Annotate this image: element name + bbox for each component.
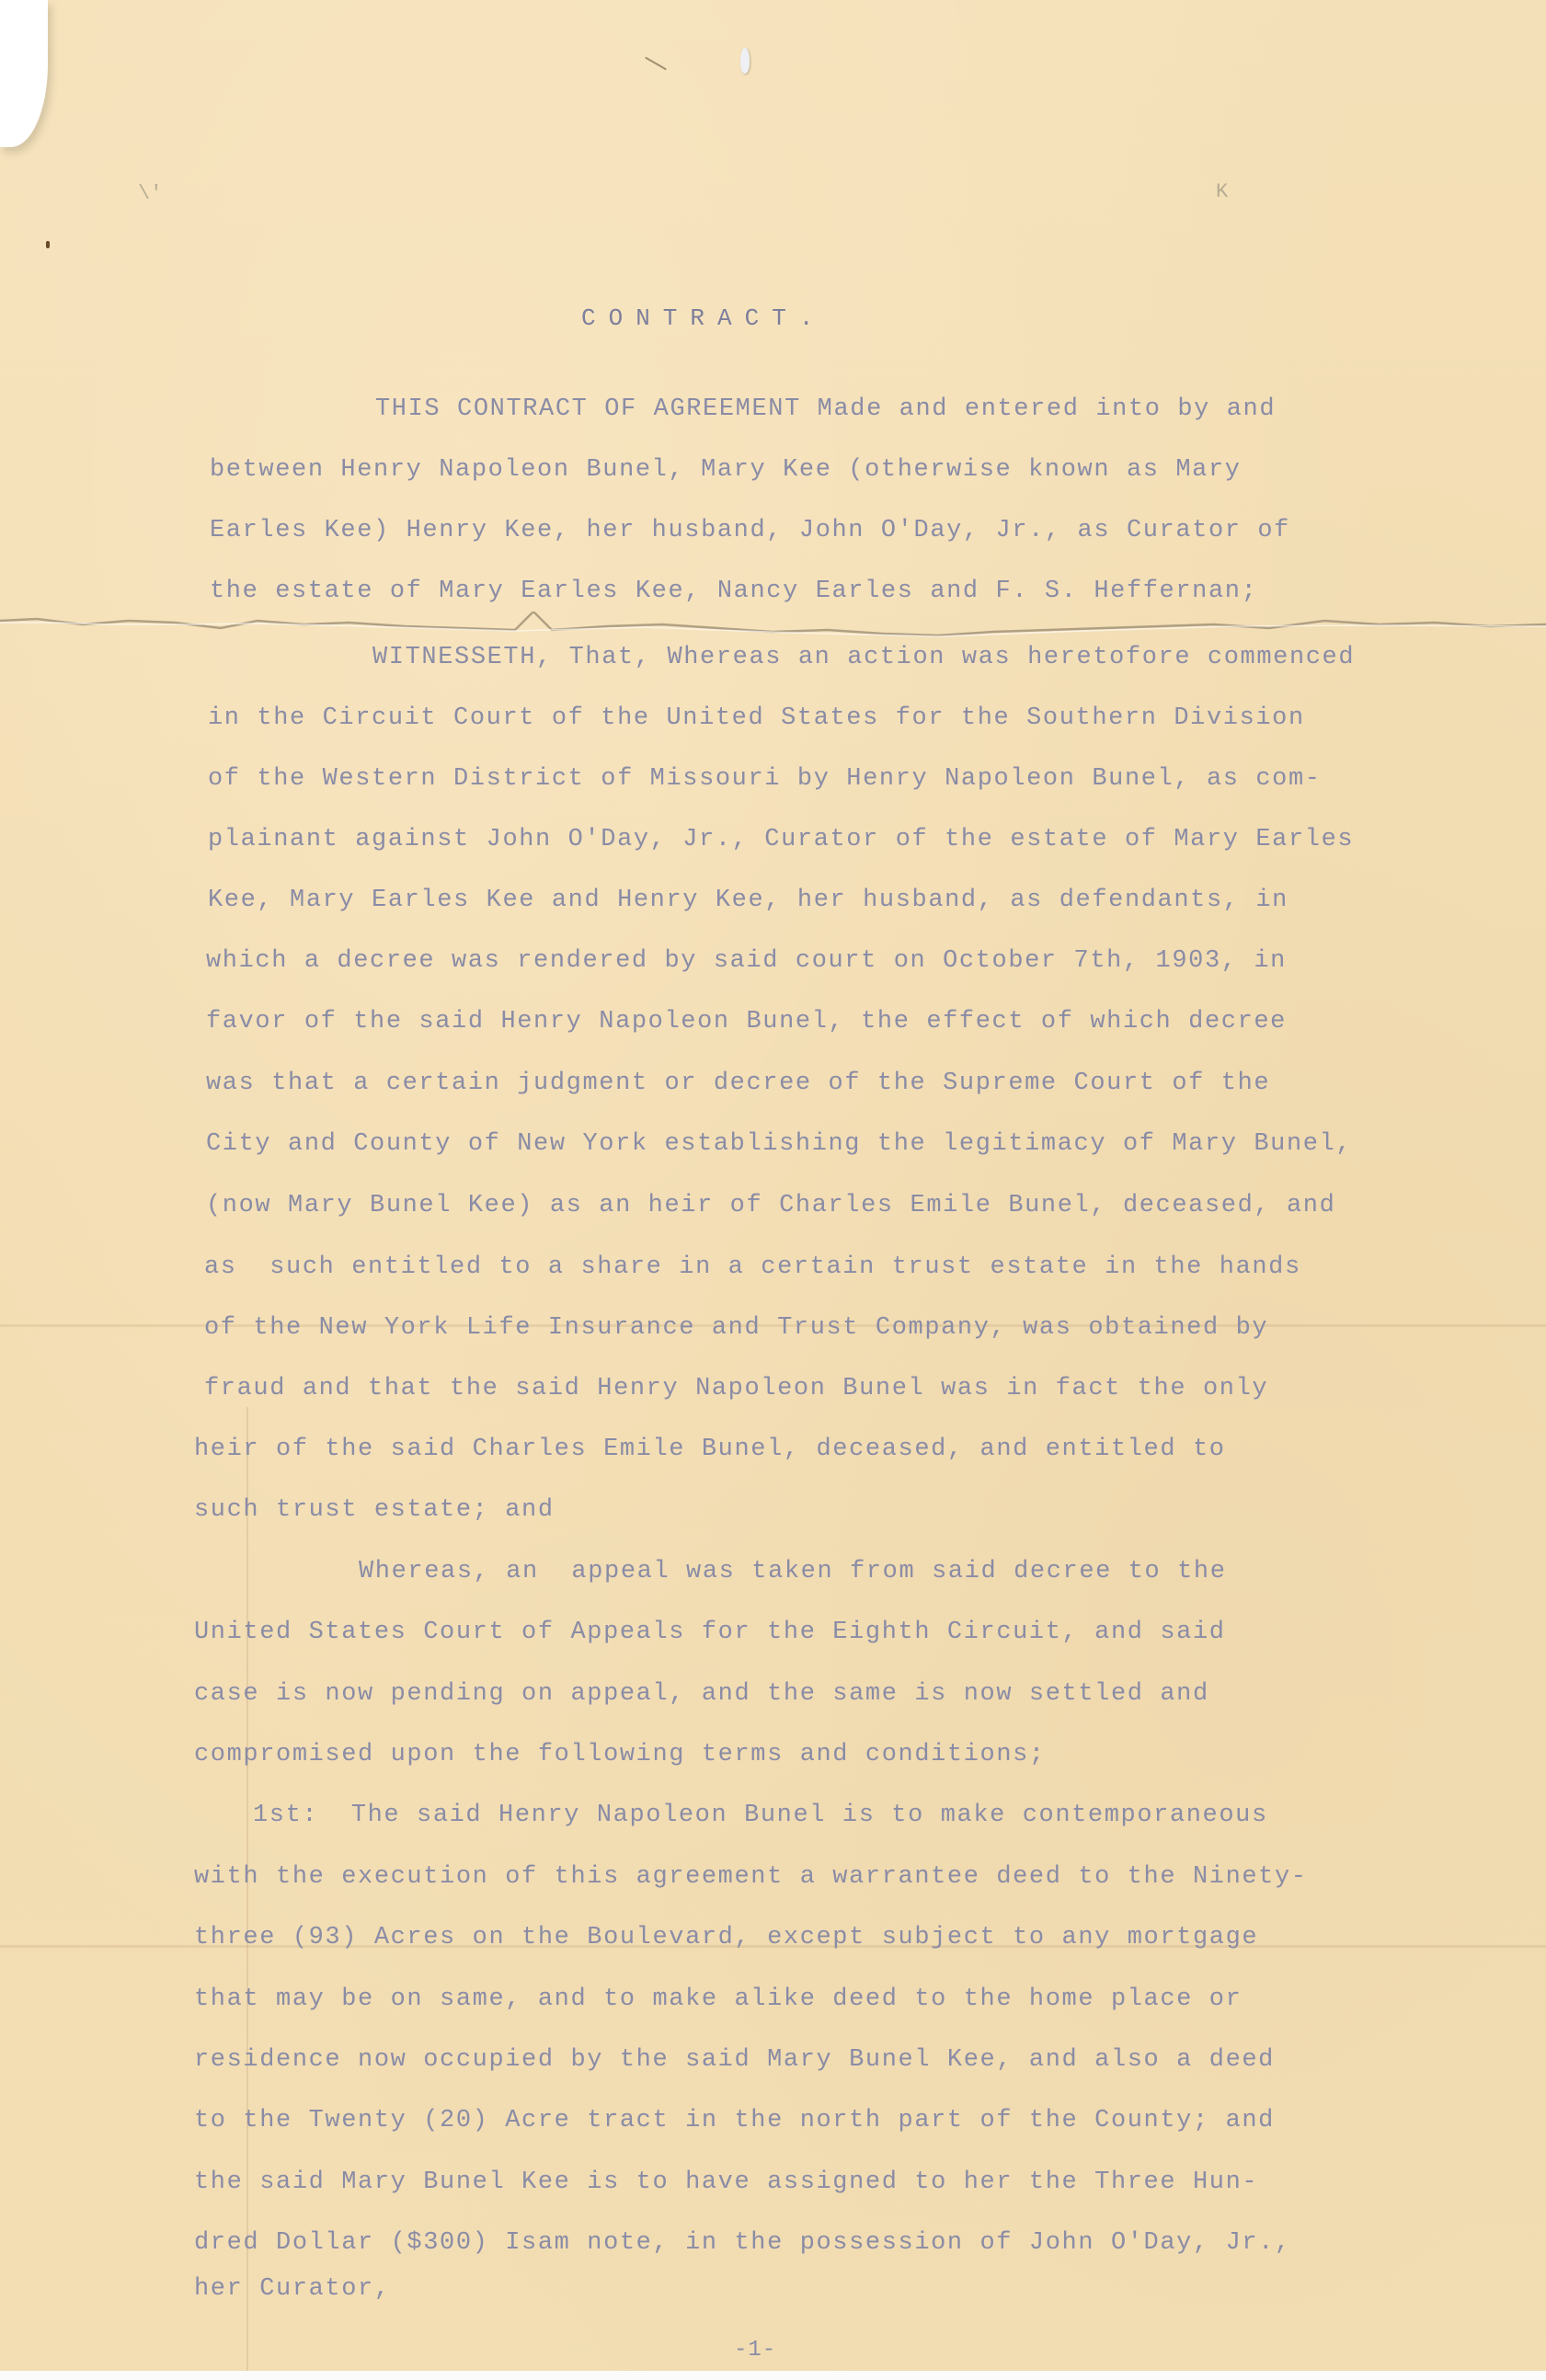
document-page: \' K CONTRACT. THIS CONTRACT OF AGREEMEN…	[0, 0, 1546, 2371]
text-line: of the New York Life Insurance and Trust…	[204, 1316, 1268, 1341]
text-line: dred Dollar ($300) Isam note, in the pos…	[194, 2231, 1291, 2256]
stray-mark-right: K	[1216, 180, 1228, 203]
text-line: in the Circuit Court of the United State…	[208, 706, 1305, 731]
tear-line	[0, 612, 1546, 639]
text-line: plainant against John O'Day, Jr., Curato…	[208, 828, 1354, 852]
text-line: her Curator,	[194, 2277, 391, 2302]
text-line: to the Twenty (20) Acre tract in the nor…	[194, 2109, 1275, 2134]
stray-mark-left: \'	[138, 182, 162, 205]
text-line: United States Court of Appeals for the E…	[194, 1620, 1226, 1645]
text-line: was that a certain judgment or decree of…	[206, 1071, 1270, 1096]
text-line: Whereas, an appeal was taken from said d…	[359, 1560, 1227, 1585]
text-line: with the execution of this agreement a w…	[194, 1865, 1308, 1890]
text-line: the estate of Mary Earles Kee, Nancy Ear…	[210, 579, 1257, 604]
text-line: fraud and that the said Henry Napoleon B…	[204, 1377, 1268, 1402]
ink-spot	[46, 241, 50, 248]
document-title: CONTRACT.	[581, 304, 826, 332]
text-line: as such entitled to a share in a certain…	[204, 1255, 1301, 1280]
text-line: which a decree was rendered by said cour…	[206, 949, 1287, 974]
text-line: compromised upon the following terms and…	[194, 1743, 1046, 1768]
paper-hole	[740, 48, 750, 74]
text-line: that may be on same, and to make alike d…	[194, 1987, 1242, 2012]
text-line: residence now occupied by the said Mary …	[194, 2048, 1275, 2073]
text-line: Earles Kee) Henry Kee, her husband, John…	[210, 519, 1290, 544]
text-line: City and County of New York establishing…	[206, 1132, 1352, 1157]
text-line: 1st: The said Henry Napoleon Bunel is to…	[253, 1803, 1268, 1828]
text-line: such trust estate; and	[194, 1498, 555, 1523]
text-line: heir of the said Charles Emile Bunel, de…	[194, 1437, 1226, 1462]
text-line: favor of the said Henry Napoleon Bunel, …	[206, 1010, 1287, 1035]
scan-border	[0, 2371, 1546, 2380]
page-number: -1-	[734, 2338, 776, 2363]
torn-corner	[0, 0, 48, 147]
text-line: WITNESSETH, That, Whereas an action was …	[372, 646, 1355, 670]
text-line: of the Western District of Missouri by H…	[208, 767, 1322, 792]
text-line: between Henry Napoleon Bunel, Mary Kee (…	[210, 458, 1242, 483]
text-line: case is now pending on appeal, and the s…	[194, 1682, 1209, 1707]
text-line: the said Mary Bunel Kee is to have assig…	[194, 2170, 1258, 2195]
text-line: Kee, Mary Earles Kee and Henry Kee, her …	[208, 888, 1288, 913]
text-line: THIS CONTRACT OF AGREEMENT Made and ente…	[375, 397, 1276, 422]
text-line: (now Mary Bunel Kee) as an heir of Charl…	[206, 1194, 1335, 1219]
paper-scratch	[645, 57, 667, 71]
text-line: three (93) Acres on the Boulevard, excep…	[194, 1926, 1258, 1951]
